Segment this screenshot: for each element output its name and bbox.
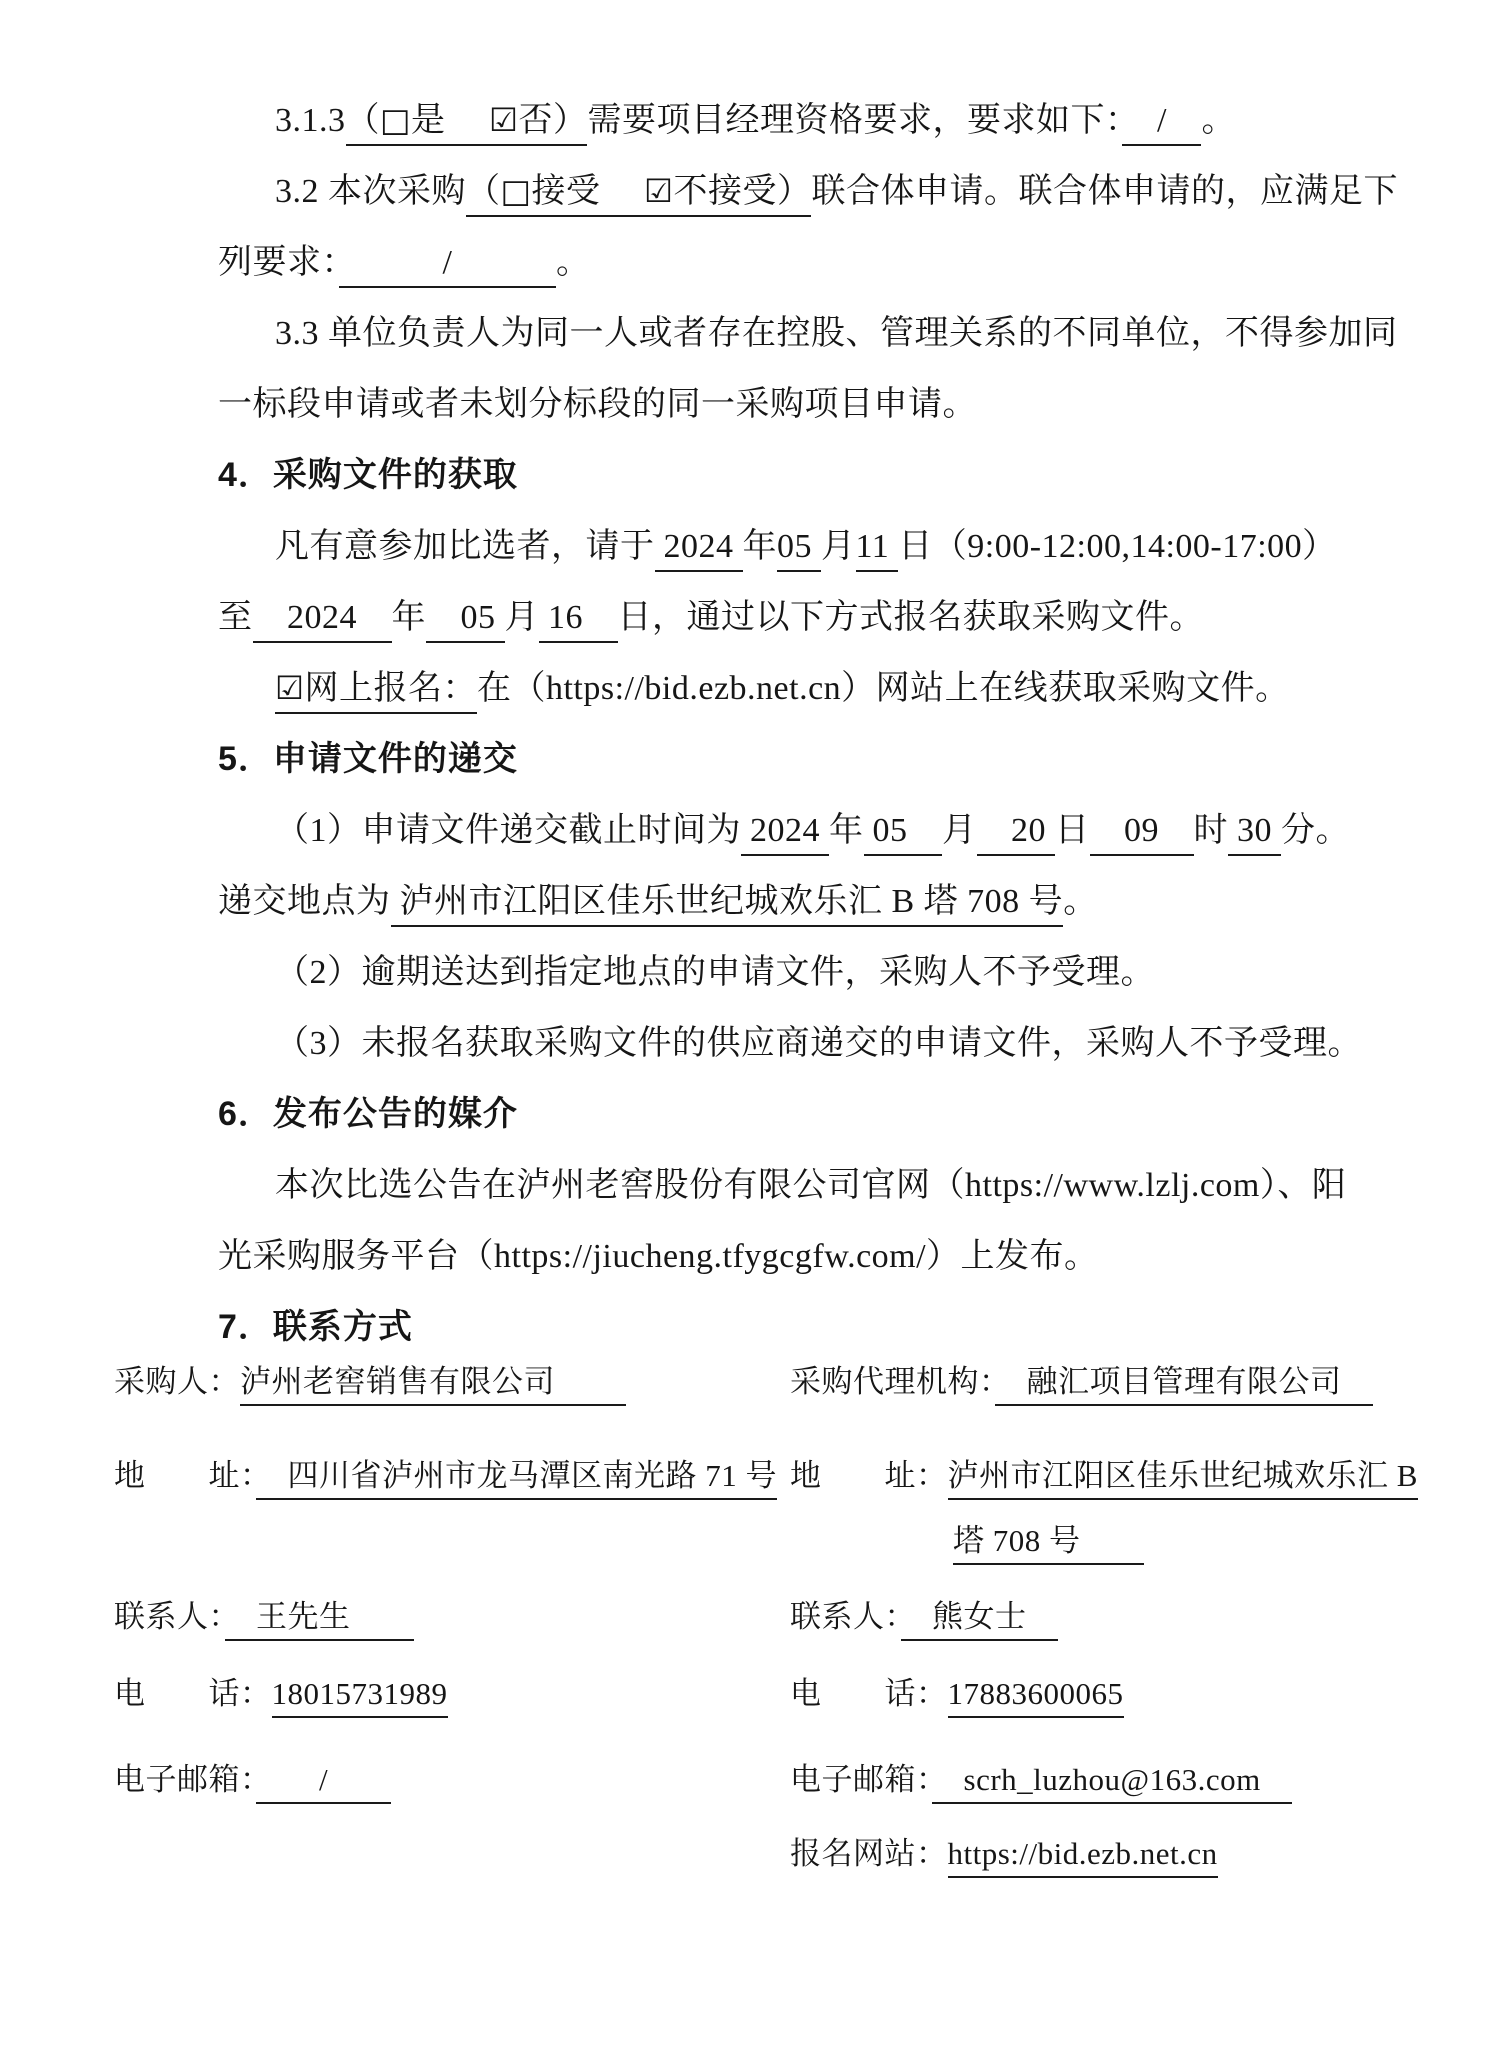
section-4-line-1-run-1: 2024 [655, 528, 743, 572]
purchaser-contact-person-row-value: 王先生 [225, 1599, 414, 1641]
agency-address-wrap-row: 塔 708 号 [953, 1507, 1144, 1575]
section-5-line-1-run-4: 月 [942, 812, 977, 849]
agency-address-wrap-row-value: 塔 708 号 [953, 1523, 1144, 1565]
section-5-heading: 5．申请文件的递交 [218, 724, 518, 795]
page: 3.1.3（□是 ☑否）需要项目经理资格要求，要求如下： / 。3.2 本次采购… [0, 0, 1500, 2050]
clause-3-1-3-line-run-7: / [1122, 102, 1201, 146]
purchaser-name-row-label: 采购人： [114, 1364, 240, 1399]
section-5-line-4-run-0: （3）未报名获取采购文件的供应商递交的申请文件，采购人不予受理。 [275, 1025, 1362, 1062]
section-5-line-1-run-1: 2024 [741, 812, 829, 856]
section-4-line-2-run-1: 2024 [253, 599, 392, 643]
section-5-line-1-run-5: 20 [977, 812, 1056, 856]
section-4-line-2-run-6: 日，通过以下方式报名获取采购文件。 [618, 599, 1205, 636]
checkbox-unchecked-icon: □ [380, 101, 411, 146]
agency-name-row-value: 融汇项目管理有限公司 [995, 1364, 1373, 1406]
section-4-heading-run-0: 4．采购文件的获取 [218, 456, 518, 494]
purchaser-name-row-value: 泸州老窖销售有限公司 [240, 1364, 626, 1406]
section-4-line-1-run-6: 日（9:00-12:00,14:00-17:00） [898, 528, 1336, 565]
purchaser-email-row-value: / [256, 1762, 391, 1804]
section-4-line-2-run-3: 05 [426, 599, 505, 643]
agency-phone-row: 电 话：17883600065 [790, 1660, 1124, 1728]
clause-3-1-3-line-run-0: 3.1.3 [275, 102, 346, 139]
purchaser-name-row: 采购人：泸州老窖销售有限公司 [114, 1348, 626, 1416]
section-6-heading-run-0: 6．发布公告的媒介 [218, 1095, 518, 1133]
section-5-line-3-run-0: （2）逾期送达到指定地点的申请文件，采购人不予受理。 [275, 954, 1155, 991]
agency-contact-person-row-value: 熊女士 [901, 1599, 1059, 1641]
section-6-line-2: 光采购服务平台（https://jiucheng.tfygcgfw.com/）上… [218, 1221, 1099, 1292]
agency-contact-person-row-label: 联系人： [790, 1599, 901, 1634]
clause-3-2-continuation-line: 列要求： / 。 [218, 227, 590, 298]
section-5-line-2-run-0: 递交地点为 [218, 883, 391, 920]
section-5-line-1-run-7: 09 [1090, 812, 1194, 856]
section-4-line-1: 凡有意参加比选者，请于 2024 年05 月11 日（9:00-12:00,14… [275, 511, 1337, 582]
section-4-line-1-run-5: 11 [856, 528, 899, 572]
section-4-heading: 4．采购文件的获取 [218, 440, 518, 511]
clause-3-2-line-run-6: 联合体申请。联合体申请的，应满足下 [811, 173, 1398, 210]
section-5-line-3: （2）逾期送达到指定地点的申请文件，采购人不予受理。 [275, 937, 1155, 1008]
clause-3-2-continuation-line-run-0: 列要求： [218, 244, 339, 281]
section-5-line-2: 递交地点为 泸州市江阳区佳乐世纪城欢乐汇 B 塔 708 号。 [218, 866, 1098, 937]
section-5-line-1-run-9: 30 [1228, 812, 1281, 856]
section-4-line-1-run-0: 凡有意参加比选者，请于 [275, 528, 655, 565]
purchaser-phone-row: 电 话：18015731989 [114, 1660, 448, 1728]
section-5-line-1-run-0: （1）申请文件递交截止时间为 [275, 812, 741, 849]
section-4-line-2: 至 2024 年 05 月 16 日，通过以下方式报名获取采购文件。 [218, 582, 1204, 653]
purchaser-address-row: 地 址： 四川省泸州市龙马潭区南光路 71 号 [114, 1442, 777, 1510]
clause-3-2-line-run-5: 不接受） [673, 173, 811, 217]
checkbox-checked-icon: ☑ [489, 101, 518, 146]
online-signup-line: ☑网上报名：在（https://bid.ezb.net.cn）网站上在线获取采购… [275, 653, 1290, 724]
signup-website-row-label: 报名网站： [790, 1836, 948, 1871]
purchaser-phone-row-label: 电 话： [114, 1676, 272, 1711]
agency-address-row-value: 泸州市江阳区佳乐世纪城欢乐汇 B [948, 1458, 1418, 1500]
section-5-line-1-run-10: 分。 [1281, 812, 1350, 849]
section-4-line-2-run-5: 16 [539, 599, 618, 643]
agency-address-row: 地 址：泸州市江阳区佳乐世纪城欢乐汇 B [790, 1442, 1418, 1510]
section-5-line-1-run-2: 年 [829, 812, 864, 849]
agency-email-row-value: scrh_luzhou@163.com [932, 1762, 1292, 1804]
clause-3-1-3-line-run-1: （ [346, 102, 381, 146]
online-signup-line-run-1: 网上报名： [304, 670, 477, 714]
section-4-line-2-run-2: 年 [392, 599, 427, 636]
section-6-line-2-run-0: 光采购服务平台（https://jiucheng.tfygcgfw.com/）上… [218, 1238, 1099, 1275]
agency-contact-person-row: 联系人： 熊女士 [790, 1583, 1058, 1651]
section-7-heading-run-0: 7．联系方式 [218, 1308, 413, 1346]
clause-3-2-continuation-line-run-2: 。 [556, 244, 591, 281]
section-5-line-4: （3）未报名获取采购文件的供应商递交的申请文件，采购人不予受理。 [275, 1008, 1362, 1079]
clause-3-3-line-run-0: 3.3 单位负责人为同一人或者存在控股、管理关系的不同单位，不得参加同 [275, 315, 1398, 352]
agency-name-row-label: 采购代理机构： [790, 1364, 995, 1399]
purchaser-phone-row-value: 18015731989 [272, 1676, 448, 1718]
clause-3-3-continuation-line-run-0: 一标段申请或者未划分标段的同一采购项目申请。 [218, 386, 977, 423]
section-5-heading-run-0: 5．申请文件的递交 [218, 740, 518, 778]
clause-3-2-line-run-1: （ [466, 173, 501, 217]
signup-website-row-value: https://bid.ezb.net.cn [948, 1836, 1218, 1878]
section-4-line-1-run-4: 月 [821, 528, 856, 565]
agency-phone-row-value: 17883600065 [948, 1676, 1124, 1718]
section-5-line-1: （1）申请文件递交截止时间为 2024 年 05 月 20 日 09 时 30 … [275, 795, 1350, 866]
clause-3-3-line: 3.3 单位负责人为同一人或者存在控股、管理关系的不同单位，不得参加同 [275, 298, 1398, 369]
clause-3-1-3-line: 3.1.3（□是 ☑否）需要项目经理资格要求，要求如下： / 。 [275, 85, 1236, 156]
purchaser-email-row-label: 电子邮箱： [114, 1762, 256, 1797]
clause-3-3-continuation-line: 一标段申请或者未划分标段的同一采购项目申请。 [218, 369, 977, 440]
purchaser-address-row-label: 地 址： [114, 1458, 256, 1493]
online-signup-line-run-2: 在（https://bid.ezb.net.cn）网站上在线获取采购文件。 [477, 670, 1290, 707]
section-5-line-2-run-2: 。 [1063, 883, 1098, 920]
agency-name-row: 采购代理机构： 融汇项目管理有限公司 [790, 1348, 1373, 1416]
agency-email-row: 电子邮箱： scrh_luzhou@163.com [790, 1746, 1292, 1814]
section-5-line-1-run-6: 日 [1055, 812, 1090, 849]
agency-phone-row-label: 电 话： [790, 1676, 948, 1711]
clause-3-1-3-line-run-6: 需要项目经理资格要求，要求如下： [587, 102, 1122, 139]
section-5-line-2-run-1: 泸州市江阳区佳乐世纪城欢乐汇 B 塔 708 号 [391, 883, 1064, 927]
clause-3-2-line: 3.2 本次采购（□接受 ☑不接受）联合体申请。联合体申请的，应满足下 [275, 156, 1398, 227]
section-5-line-1-run-3: 05 [864, 812, 943, 856]
signup-website-row: 报名网站：https://bid.ezb.net.cn [790, 1820, 1218, 1888]
agency-email-row-label: 电子邮箱： [790, 1762, 932, 1797]
clause-3-1-3-line-run-8: 。 [1201, 102, 1236, 139]
clause-3-2-line-run-3: 接受 [532, 173, 645, 217]
section-6-line-1-run-0: 本次比选公告在泸州老窖股份有限公司官网（https://www.lzlj.com… [275, 1167, 1346, 1204]
clause-3-2-line-run-0: 3.2 本次采购 [275, 173, 466, 210]
section-4-line-2-run-0: 至 [218, 599, 253, 636]
agency-address-row-label: 地 址： [790, 1458, 948, 1493]
section-6-line-1: 本次比选公告在泸州老窖股份有限公司官网（https://www.lzlj.com… [275, 1150, 1346, 1221]
purchaser-contact-person-row-label: 联系人： [114, 1599, 225, 1634]
section-4-line-1-run-2: 年 [743, 528, 778, 565]
purchaser-contact-person-row: 联系人： 王先生 [114, 1583, 414, 1651]
checkbox-checked-icon: ☑ [275, 669, 304, 714]
section-4-line-2-run-4: 月 [505, 599, 540, 636]
clause-3-1-3-line-run-5: 否） [518, 102, 587, 146]
purchaser-address-row-value: 四川省泸州市龙马潭区南光路 71 号 [256, 1458, 777, 1500]
section-6-heading: 6．发布公告的媒介 [218, 1079, 518, 1150]
purchaser-email-row: 电子邮箱： / [114, 1746, 391, 1814]
checkbox-unchecked-icon: □ [501, 172, 532, 217]
clause-3-2-continuation-line-run-1: / [339, 244, 556, 288]
section-4-line-1-run-3: 05 [777, 528, 821, 572]
checkbox-checked-icon: ☑ [644, 172, 673, 217]
section-5-line-1-run-8: 时 [1194, 812, 1229, 849]
clause-3-1-3-line-run-3: 是 [411, 102, 489, 146]
